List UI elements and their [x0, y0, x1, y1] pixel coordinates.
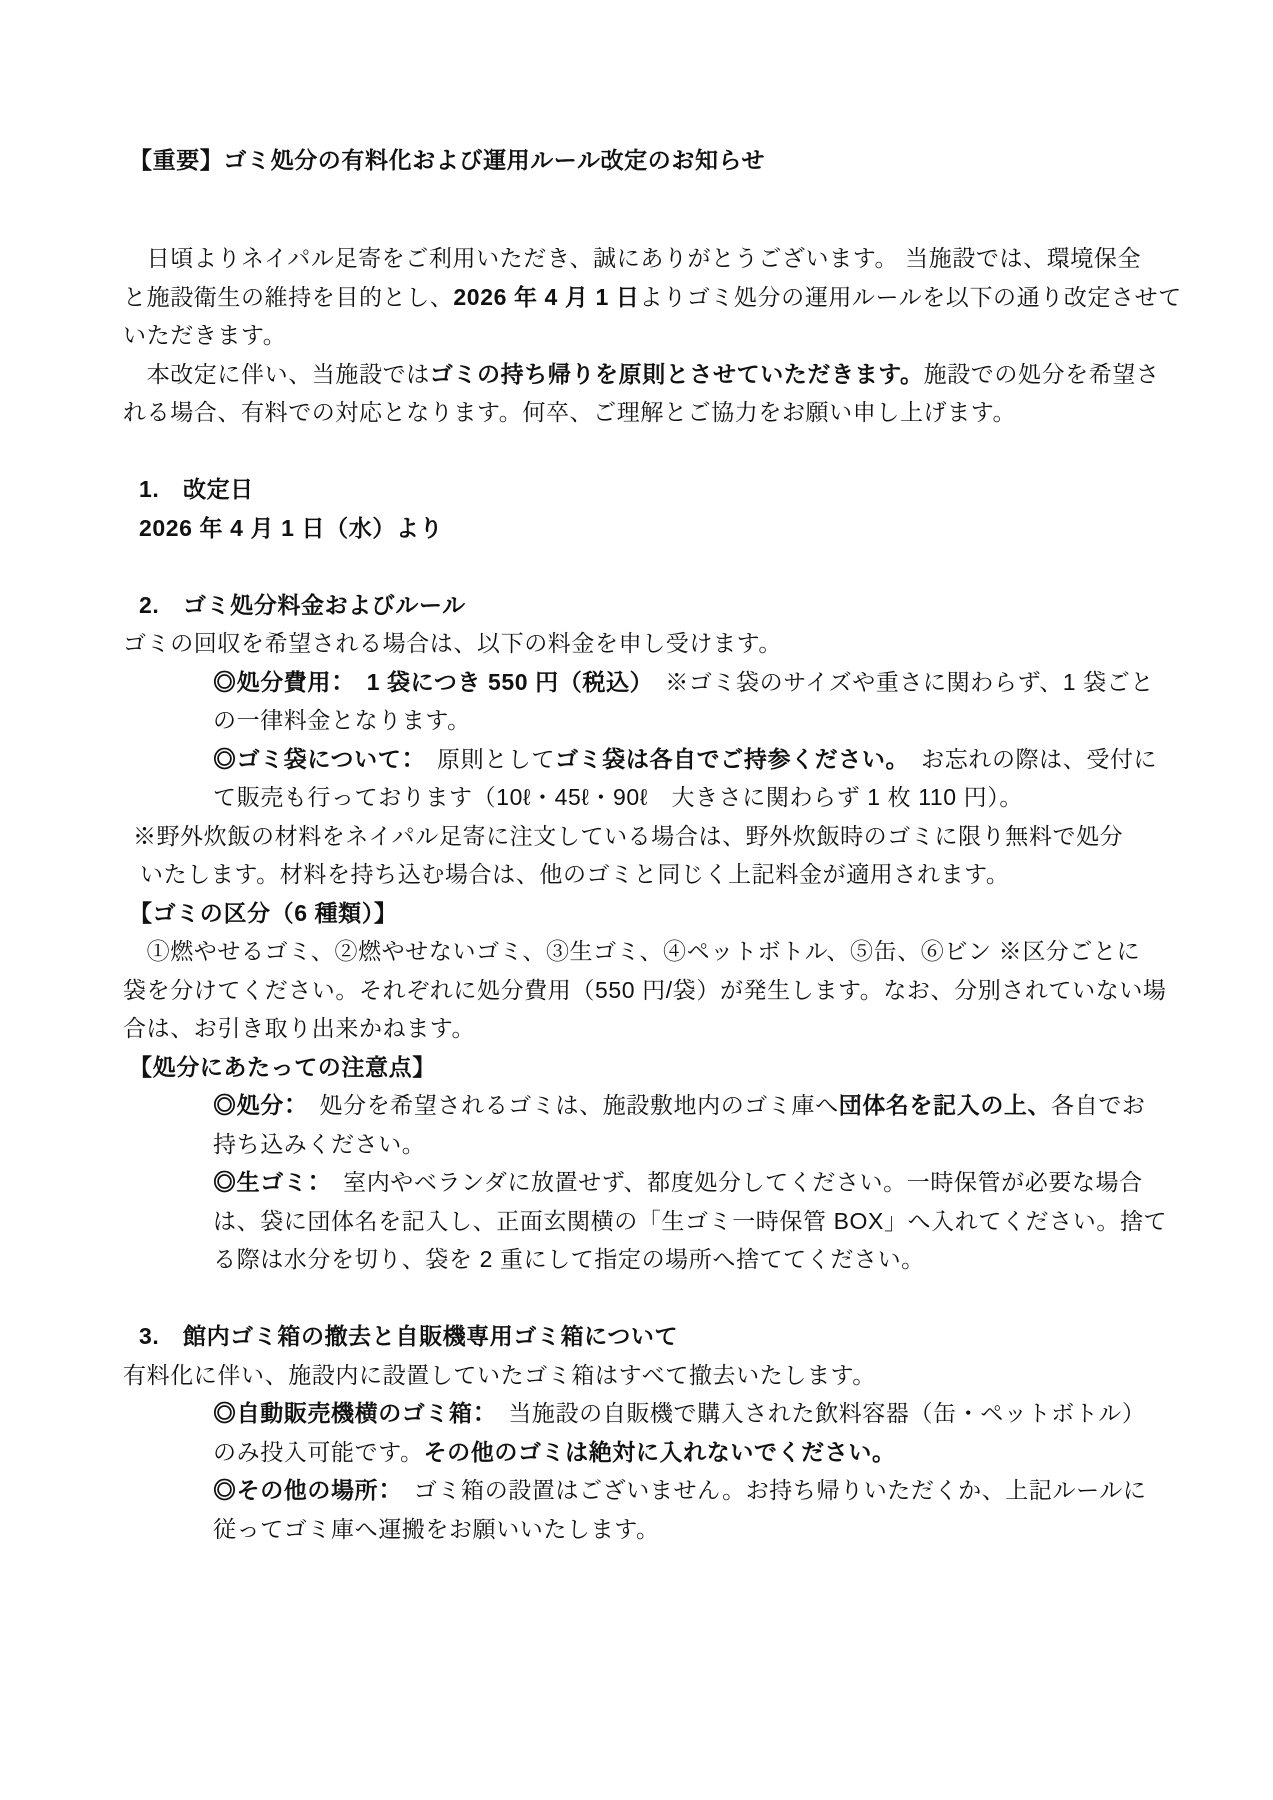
text-segment: 各自でお	[1051, 1092, 1145, 1118]
vending-item-line2: のみ投入可能です。その他のゴミは絶対に入れないでください。	[213, 1433, 1198, 1472]
text-segment: の一律料金となります。	[213, 707, 471, 733]
text-segment: いただきます。	[123, 322, 286, 348]
disposal-item-line1: ◎処分： 処分を希望されるゴミは、施設敷地内のゴミ庫へ団体名を記入の上、各自でお	[213, 1086, 1198, 1125]
text-segment: 日頃よりネイパル足寄をご利用いただき、誠にありがとうございます。 当施設では、環…	[123, 245, 1141, 271]
bag-item-line1: ◎ゴミ袋について： 原則としてゴミ袋は各自でご持参ください。 お忘れの際は、受付…	[213, 740, 1198, 779]
outdoor-note-line1: ※野外炊飯の材料をネイパル足寄に注文している場合は、野外炊飯時のゴミに限り無料で…	[133, 817, 1198, 856]
bold-text-segment: ◎ゴミ袋について：	[213, 746, 413, 772]
text-segment: ※ゴミ袋のサイズや重さに関わらず、1 袋ごと	[642, 669, 1154, 695]
section2-heading: 2. ゴミ処分料金およびルール	[139, 586, 1198, 625]
text-segment: よりゴミ処分の運用ルールを以下の通り改定させて	[640, 284, 1182, 310]
other-place-line1: ◎その他の場所： ゴミ箱の設置はございません。お持ち帰りいただくか、上記ルールに	[213, 1471, 1198, 1510]
fee-item-line1: ◎処分費用： 1 袋につき 550 円（税込） ※ゴミ袋のサイズや重さに関わらず…	[213, 663, 1198, 702]
intro-p2-line1: 本改定に伴い、当施設ではゴミの持ち帰りを原則とさせていただきます。施設での処分を…	[123, 355, 1198, 394]
text-segment: 室内やベランダに放置せず、都度処分してください。一時保管が必要な場合	[320, 1169, 1143, 1195]
text-segment: 袋を分けてください。それぞれに処分費用（550 円/袋）が発生します。なお、分別…	[123, 977, 1167, 1003]
bold-text-segment: その他のゴミは絶対に入れないでください。	[424, 1439, 896, 1465]
text-segment: ※野外炊飯の材料をネイパル足寄に注文している場合は、野外炊飯時のゴミに限り無料で…	[133, 823, 1123, 849]
bold-text-segment: ゴミの持ち帰りを原則とさせていただきます。	[430, 361, 924, 387]
text-segment: 施設での処分を希望さ	[924, 361, 1160, 387]
document-page: 【重要】ゴミ処分の有料化および運用ルール改定のお知らせ 日頃よりネイパル足寄をご…	[0, 0, 1273, 1800]
bold-text-segment: 2026 年 4 月 1 日（水）より	[139, 515, 443, 541]
bold-text-segment: 【ゴミの区分（6 種類）】	[129, 900, 397, 926]
text-segment: のみ投入可能です。	[213, 1439, 424, 1465]
text-segment: て販売も行っております（10ℓ・45ℓ・90ℓ 大きさに関わらず 1 枚 110…	[213, 784, 1023, 810]
intro-p1-line2: と施設衛生の維持を目的とし、2026 年 4 月 1 日よりゴミ処分の運用ルール…	[123, 278, 1198, 317]
bold-text-segment: ◎処分費用： 1 袋につき 550 円（税込）	[213, 669, 642, 695]
bold-text-segment: ◎その他の場所：	[213, 1477, 390, 1503]
text-segment: 原則として	[413, 746, 555, 772]
raw-garbage-line3: る際は水分を切り、袋を 2 重にして指定の場所へ捨ててください。	[213, 1240, 1198, 1279]
category-heading: 【ゴミの区分（6 種類）】	[129, 894, 1198, 933]
other-place-line2: 従ってゴミ庫へ運搬をお願いいたします。	[213, 1510, 1198, 1549]
text-segment: お忘れの際は、受付に	[898, 746, 1158, 772]
disposal-item-line2: 持ち込みください。	[213, 1125, 1198, 1164]
bold-text-segment: ◎処分：	[213, 1092, 296, 1118]
text-segment: 有料化に伴い、施設内に設置していたゴミ箱はすべて撤去いたします。	[123, 1362, 876, 1388]
text-segment: 本改定に伴い、当施設では	[123, 361, 430, 387]
bold-text-segment: 2. ゴミ処分料金およびルール	[139, 592, 466, 618]
section1-date: 2026 年 4 月 1 日（水）より	[139, 509, 1198, 548]
document-title: 【重要】ゴミ処分の有料化および運用ルール改定のお知らせ	[129, 141, 1198, 180]
text-segment: れる場合、有料での対応となります。何卒、ご理解とご協力をお願い申し上げます。	[123, 399, 1016, 425]
intro-p2-line2: れる場合、有料での対応となります。何卒、ご理解とご協力をお願い申し上げます。	[123, 393, 1198, 432]
text-segment: は、袋に団体名を記入し、正面玄関横の「生ゴミ一時保管 BOX」へ入れてください。…	[213, 1208, 1167, 1234]
text-segment: ゴミ箱の設置はございません。お持ち帰りいただくか、上記ルールに	[390, 1477, 1146, 1503]
text-segment: 持ち込みください。	[213, 1131, 425, 1157]
text-segment: ①燃やせるゴミ、②燃やせないゴミ、③生ゴミ、④ペットボトル、⑤缶、⑥ビン ※区分…	[123, 938, 1140, 964]
vending-item-line1: ◎自動販売機横のゴミ箱： 当施設の自販機で購入された飲料容器（缶・ペットボトル）	[213, 1394, 1198, 1433]
outdoor-note-line2: いたします。材料を持ち込む場合は、他のゴミと同じく上記料金が適用されます。	[140, 855, 1198, 894]
text-segment: 処分を希望されるゴミは、施設敷地内のゴミ庫へ	[296, 1092, 839, 1118]
section2-intro: ゴミの回収を希望される場合は、以下の料金を申し受けます。	[123, 624, 1198, 663]
bold-text-segment: ゴミ袋は各自でご持参ください。	[555, 746, 898, 772]
text-segment: る際は水分を切り、袋を 2 重にして指定の場所へ捨ててください。	[213, 1246, 925, 1272]
bold-text-segment: 【処分にあたっての注意点】	[129, 1054, 436, 1080]
document-body: 【重要】ゴミ処分の有料化および運用ルール改定のお知らせ 日頃よりネイパル足寄をご…	[123, 141, 1198, 1548]
section3-intro: 有料化に伴い、施設内に設置していたゴミ箱はすべて撤去いたします。	[123, 1356, 1198, 1395]
intro-p1-line3: いただきます。	[123, 316, 1198, 355]
text-segment: 従ってゴミ庫へ運搬をお願いいたします。	[213, 1516, 660, 1542]
category-line2: 袋を分けてください。それぞれに処分費用（550 円/袋）が発生します。なお、分別…	[123, 971, 1198, 1010]
bold-text-segment: 【重要】ゴミ処分の有料化および運用ルール改定のお知らせ	[129, 147, 765, 173]
category-line3: 合は、お引き取り出来かねます。	[123, 1009, 1198, 1048]
section3-heading: 3. 館内ゴミ箱の撤去と自販機専用ゴミ箱について	[139, 1317, 1198, 1356]
caution-heading: 【処分にあたっての注意点】	[129, 1048, 1198, 1087]
text-segment: ゴミの回収を希望される場合は、以下の料金を申し受けます。	[123, 630, 782, 656]
intro-p1-line1: 日頃よりネイパル足寄をご利用いただき、誠にありがとうございます。 当施設では、環…	[123, 239, 1198, 278]
bold-text-segment: 団体名を記入の上、	[839, 1092, 1051, 1118]
category-line1: ①燃やせるゴミ、②燃やせないゴミ、③生ゴミ、④ペットボトル、⑤缶、⑥ビン ※区分…	[123, 932, 1198, 971]
bold-text-segment: 1. 改定日	[139, 476, 254, 502]
bold-text-segment: ◎自動販売機横のゴミ箱：	[213, 1400, 485, 1426]
bag-item-line2: て販売も行っております（10ℓ・45ℓ・90ℓ 大きさに関わらず 1 枚 110…	[213, 778, 1198, 817]
section1-heading: 1. 改定日	[139, 470, 1198, 509]
text-segment: と施設衛生の維持を目的とし、	[123, 284, 453, 310]
raw-garbage-line2: は、袋に団体名を記入し、正面玄関横の「生ゴミ一時保管 BOX」へ入れてください。…	[213, 1202, 1198, 1241]
text-segment: 当施設の自販機で購入された飲料容器（缶・ペットボトル）	[485, 1400, 1146, 1426]
bold-text-segment: 3. 館内ゴミ箱の撤去と自販機専用ゴミ箱について	[139, 1323, 678, 1349]
bold-text-segment: ◎生ゴミ：	[213, 1169, 320, 1195]
text-segment: いたします。材料を持ち込む場合は、他のゴミと同じく上記料金が適用されます。	[140, 861, 1010, 887]
bold-text-segment: 2026 年 4 月 1 日	[453, 284, 639, 310]
fee-item-line2: の一律料金となります。	[213, 701, 1198, 740]
text-segment: 合は、お引き取り出来かねます。	[123, 1015, 475, 1041]
raw-garbage-line1: ◎生ゴミ： 室内やベランダに放置せず、都度処分してください。一時保管が必要な場合	[213, 1163, 1198, 1202]
